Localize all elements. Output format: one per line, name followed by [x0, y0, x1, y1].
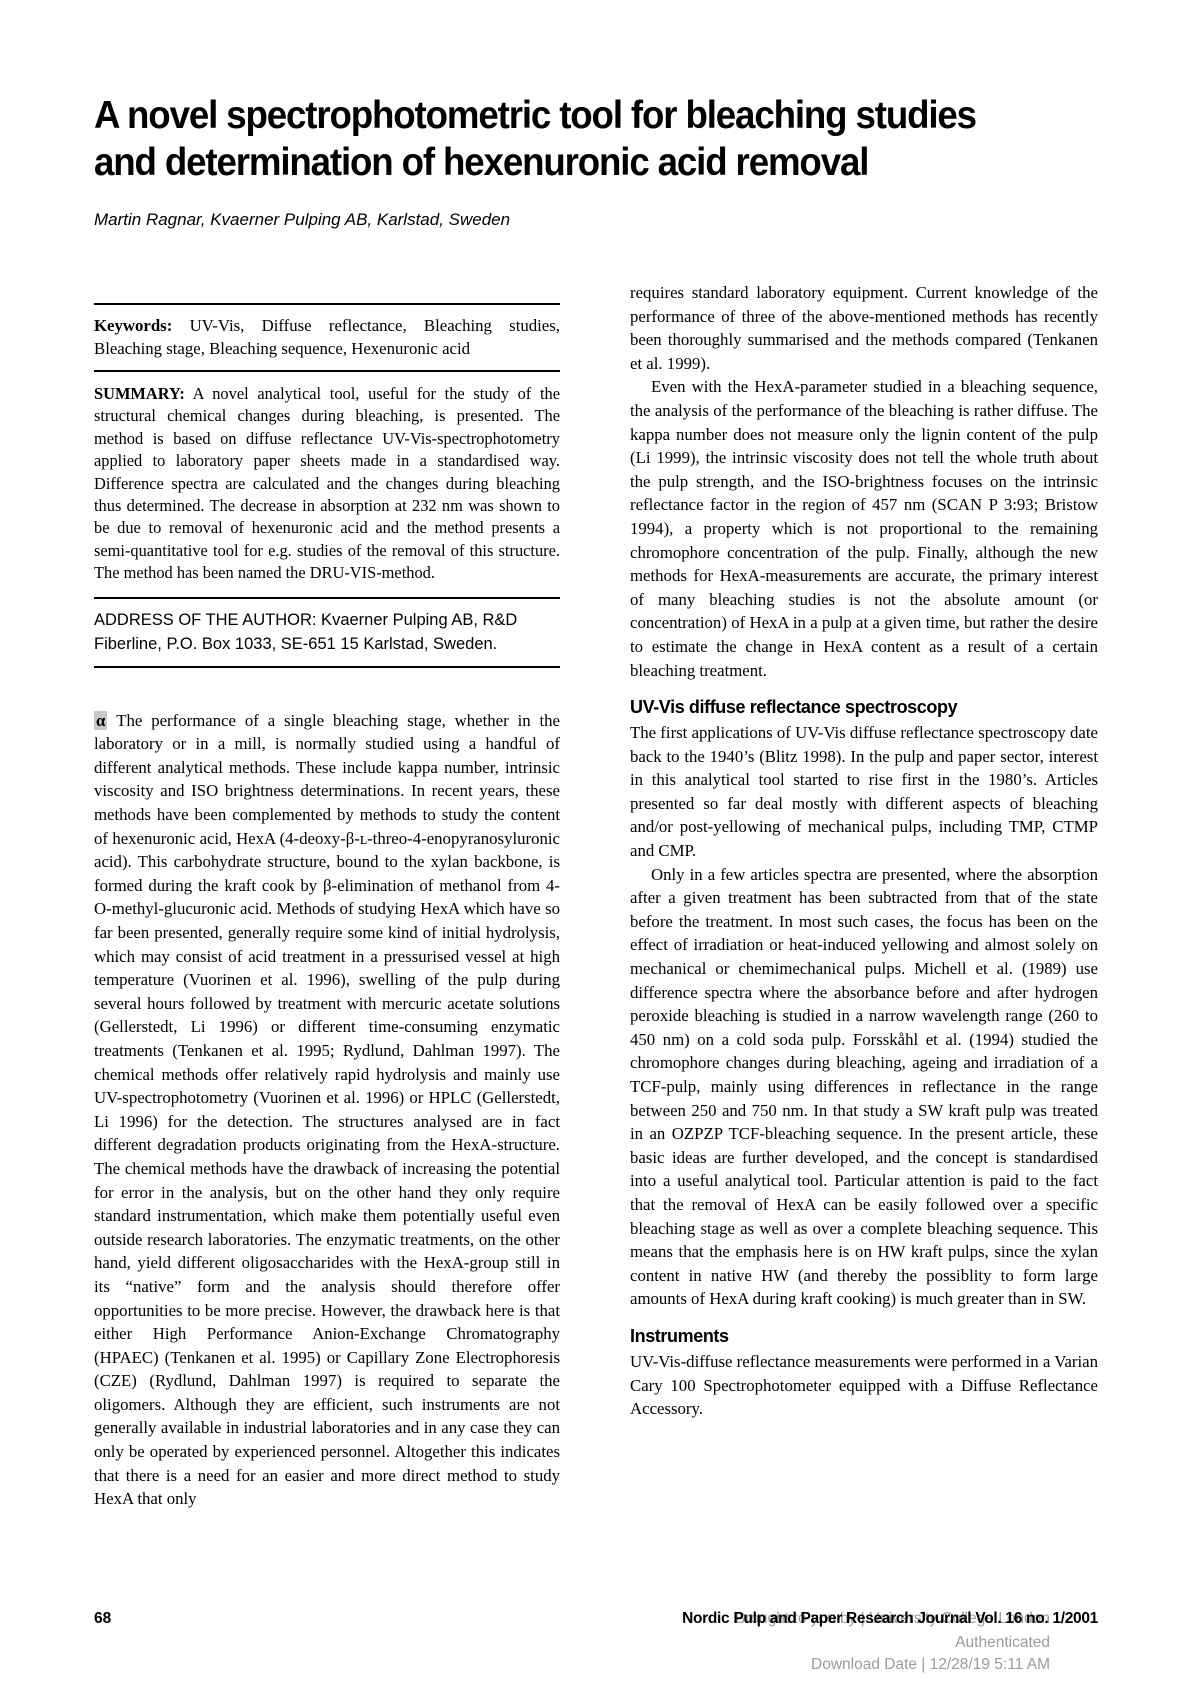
alpha-glyph: α [94, 711, 107, 730]
right-column: requires standard laboratory equipment. … [630, 281, 1098, 1421]
rule-top-address [94, 597, 560, 599]
address-line-1: ADDRESS OF THE AUTHOR: Kvaerner Pulping … [94, 608, 560, 632]
title-line-1: A novel spectrophotometric tool for blea… [94, 92, 1053, 139]
body-paragraph: Only in a few articles spectra are prese… [630, 863, 1098, 1311]
left-column: Keywords: UV-Vis, Diffuse reflectance, B… [94, 303, 560, 1511]
summary-paragraph: SUMMARY: A novel analytical tool, useful… [94, 383, 560, 585]
body-paragraph: requires standard laboratory equipment. … [630, 281, 1098, 375]
download-stamp-date: Download Date | 12/28/19 5:11 AM [811, 1656, 1050, 1674]
page-number: 68 [94, 1610, 111, 1628]
page-title: A novel spectrophotometric tool for blea… [94, 92, 1053, 186]
intro-paragraph: α The performance of a single bleaching … [94, 709, 560, 1511]
keywords-label: Keywords: [94, 316, 172, 335]
address-line-2: Fiberline, P.O. Box 1033, SE-651 15 Karl… [94, 632, 560, 656]
body-paragraph: Even with the HexA-parameter studied in … [630, 375, 1098, 682]
keywords-paragraph: Keywords: UV-Vis, Diffuse reflectance, B… [94, 314, 560, 360]
summary-label: SUMMARY: [94, 384, 185, 403]
body-paragraph: UV-Vis-diffuse reflectance measurements … [630, 1350, 1098, 1421]
section-heading-uv-vis: UV-Vis diffuse reflectance spectroscopy [630, 697, 1098, 718]
masthead: A novel spectrophotometric tool for blea… [94, 92, 1114, 230]
intro-paragraph-text: The performance of a single bleaching st… [94, 711, 560, 1509]
summary-text: A novel analytical tool, useful for the … [94, 384, 560, 582]
rule-bottom-address [94, 666, 560, 668]
rule-bottom-keywords [94, 370, 560, 372]
address-block: ADDRESS OF THE AUTHOR: Kvaerner Pulping … [94, 608, 560, 656]
body-paragraph: The first applications of UV-Vis diffuse… [630, 721, 1098, 863]
download-stamp-authenticated: Authenticated [955, 1634, 1050, 1652]
author-line: Martin Ragnar, Kvaerner Pulping AB, Karl… [94, 210, 1114, 230]
section-heading-instruments: Instruments [630, 1326, 1098, 1347]
rule-top-keywords [94, 303, 560, 305]
article-page: A novel spectrophotometric tool for blea… [0, 0, 1200, 1698]
journal-footer-line: Nordic Pulp and Paper Research Journal V… [682, 1610, 1098, 1628]
title-line-2: and determination of hexenuronic acid re… [94, 139, 1053, 186]
